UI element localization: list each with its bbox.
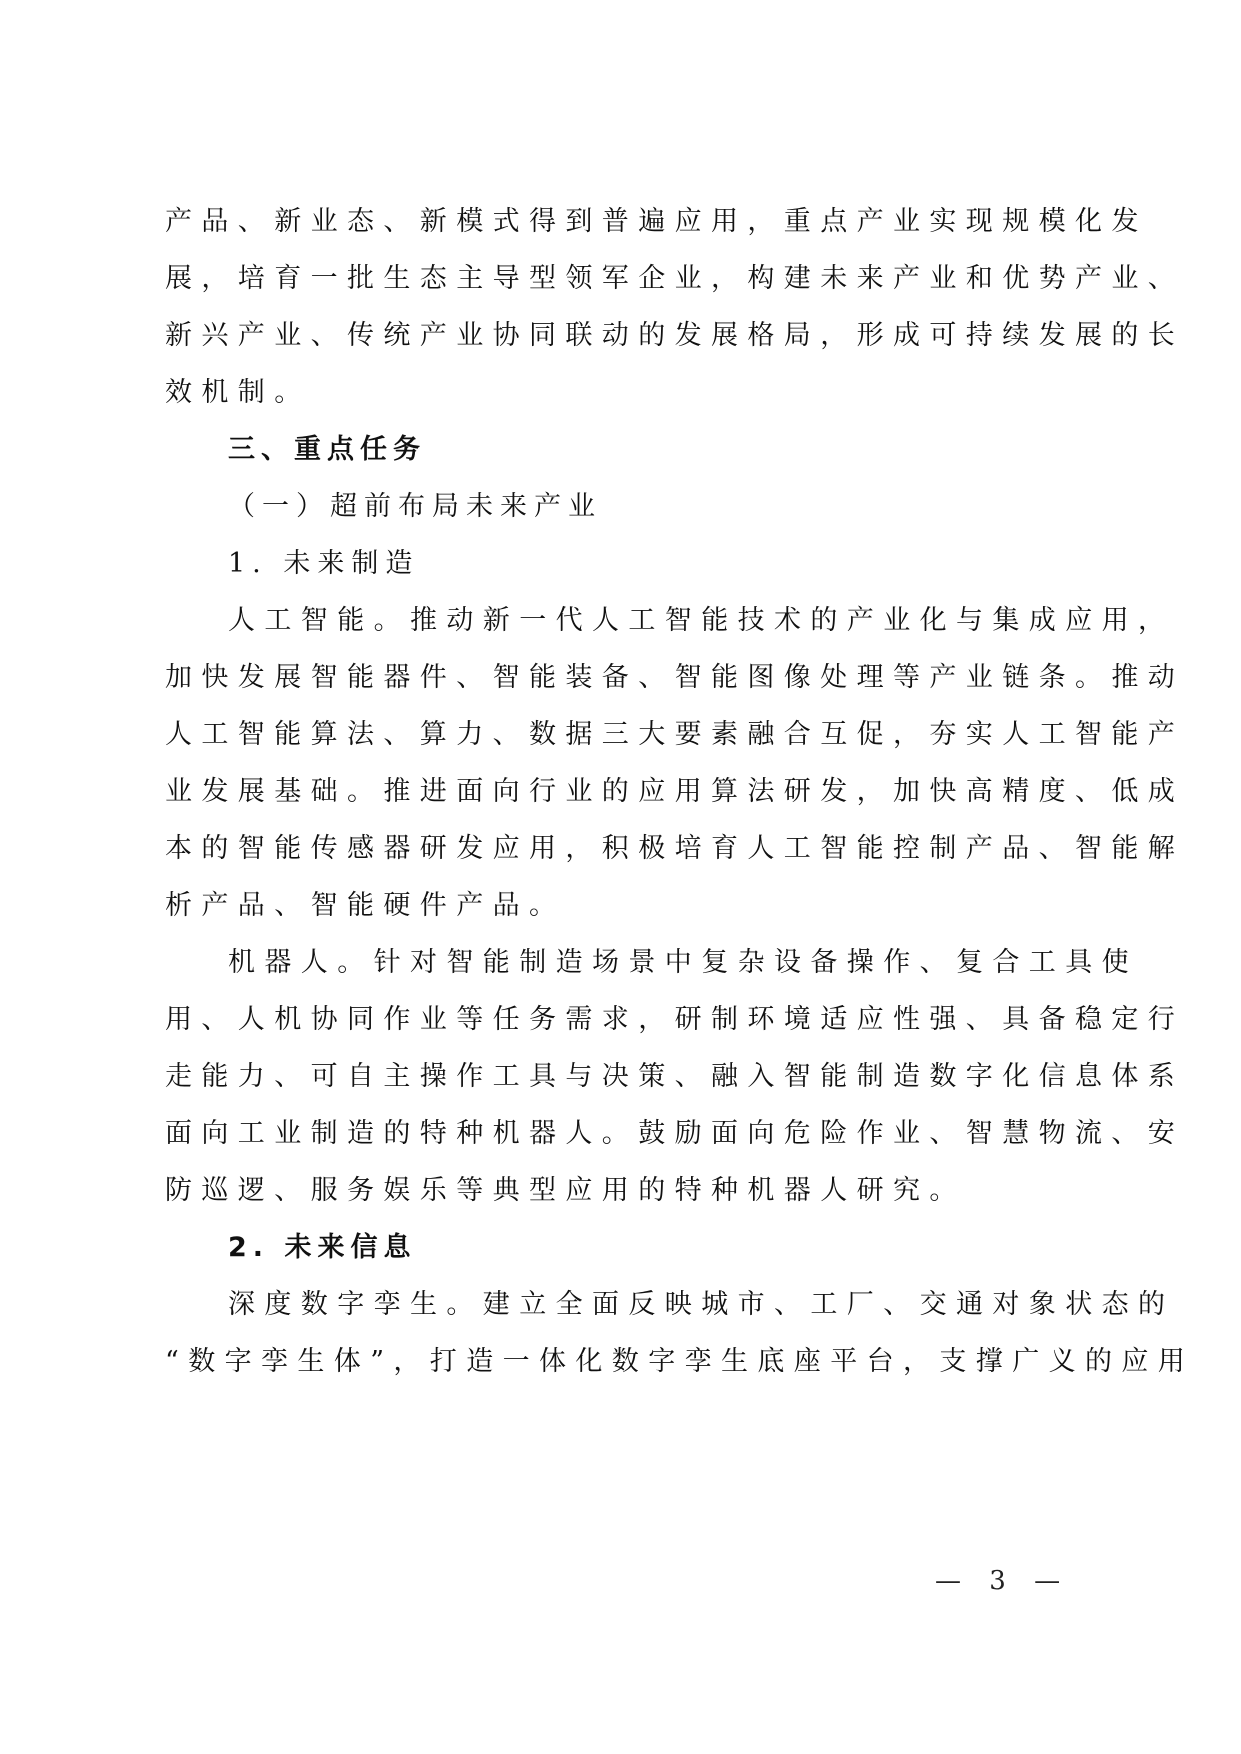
- paragraph-intro-line-3: 新兴产业、传统产业协同联动的发展格局，形成可持续发展的长: [165, 319, 1085, 353]
- paragraph-intro-line-4: 效机制。: [165, 376, 1085, 410]
- paragraph-twin-line-2: “数字孪生体”，打造一体化数字孪生底座平台，支撑广义的应用: [165, 1345, 1085, 1379]
- section-heading: 三、重点任务: [228, 433, 1148, 467]
- paragraph-intro-line-1: 产品、新业态、新模式得到普遍应用，重点产业实现规模化发: [165, 205, 1085, 239]
- paragraph-twin-line-1: 深度数字孪生。建立全面反映城市、工厂、交通对象状态的: [228, 1288, 1148, 1322]
- paragraph-robot-line-1: 机器人。针对智能制造场景中复杂设备操作、复合工具使: [228, 946, 1148, 980]
- subsection-heading: （一）超前布局未来产业: [228, 490, 1148, 524]
- paragraph-ai-line-6: 析产品、智能硬件产品。: [165, 889, 1085, 923]
- paragraph-robot-line-2: 用、人机协同作业等任务需求，研制环境适应性强、具备稳定行: [165, 1003, 1085, 1037]
- paragraph-robot-line-4: 面向工业制造的特种机器人。鼓励面向危险作业、智慧物流、安: [165, 1117, 1085, 1151]
- item2-heading: 2. 未来信息: [228, 1231, 1148, 1265]
- item1-heading: 1. 未来制造: [228, 547, 1148, 581]
- paragraph-ai-line-3: 人工智能算法、算力、数据三大要素融合互促，夯实人工智能产: [165, 718, 1085, 752]
- paragraph-ai-line-5: 本的智能传感器研发应用，积极培育人工智能控制产品、智能解: [165, 832, 1085, 866]
- paragraph-robot-line-3: 走能力、可自主操作工具与决策、融入智能制造数字化信息体系: [165, 1060, 1085, 1094]
- document-page: 产品、新业态、新模式得到普遍应用，重点产业实现规模化发 展，培育一批生态主导型领…: [0, 0, 1241, 1754]
- paragraph-intro-line-2: 展，培育一批生态主导型领军企业，构建未来产业和优势产业、: [165, 262, 1085, 296]
- paragraph-ai-line-2: 加快发展智能器件、智能装备、智能图像处理等产业链条。推动: [165, 661, 1085, 695]
- paragraph-ai-line-4: 业发展基础。推进面向行业的应用算法研发，加快高精度、低成: [165, 775, 1085, 809]
- paragraph-robot-line-5: 防巡逻、服务娱乐等典型应用的特种机器人研究。: [165, 1174, 1085, 1208]
- paragraph-ai-line-1: 人工智能。推动新一代人工智能技术的产业化与集成应用，: [228, 604, 1148, 638]
- page-number: — 3 —: [935, 1566, 1070, 1596]
